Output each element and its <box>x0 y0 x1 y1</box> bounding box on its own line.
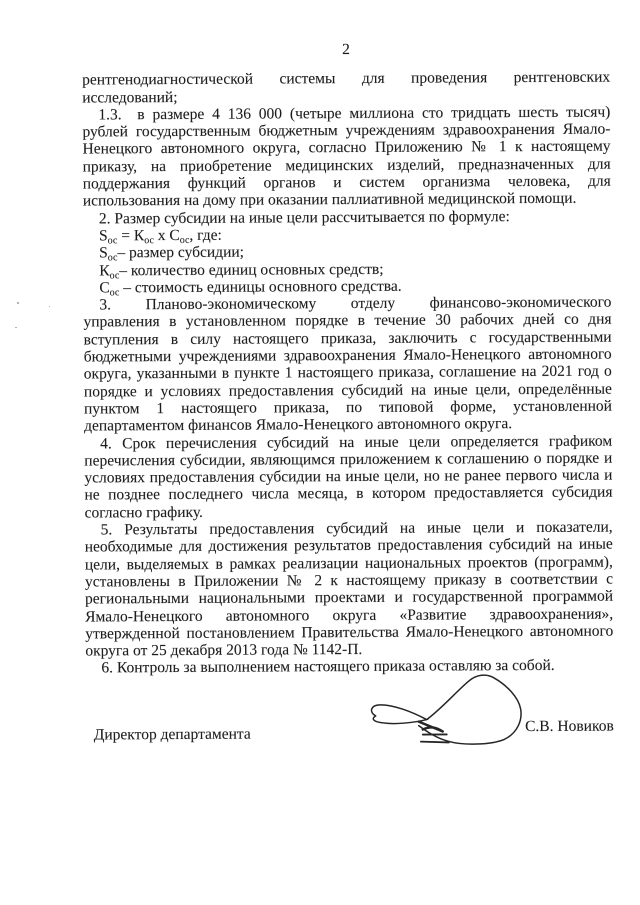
text-line: рентгенодиагностической системы для пров… <box>82 69 610 89</box>
formula-text: – количество единиц основных средств; <box>119 260 383 278</box>
scan-speck <box>49 306 50 307</box>
formula-text: S <box>99 227 108 244</box>
formula-text: – размер субсидии; <box>117 244 244 262</box>
signature-scribble <box>366 671 538 752</box>
formula-text: – стоимость единицы основного средства. <box>119 278 401 297</box>
formula-text: х С <box>154 227 180 244</box>
signature-name: С.В. Новиков <box>525 718 614 736</box>
formula-text: С <box>99 279 109 296</box>
text-line: региональными национальными проектами и … <box>85 588 613 608</box>
scan-speck <box>17 302 19 304</box>
formula-text: = К <box>117 227 144 244</box>
text-line: использования на дому при оказании палли… <box>83 190 611 210</box>
text-line: не позднее последнего числа месяца, в ко… <box>84 484 612 504</box>
signature-position-label: Директор департамента <box>94 726 251 744</box>
page-number: 2 <box>82 40 610 60</box>
formula-text: К <box>99 262 109 279</box>
text-line: утвержденной постановлением Правительств… <box>85 622 613 642</box>
scan-speck <box>15 327 17 328</box>
formula-text: , где: <box>189 227 222 244</box>
formula-text: S <box>99 245 108 262</box>
document-lines: рентгенодиагностической системы для пров… <box>82 69 613 677</box>
text-line: пунктом 1 настоящего приказа, по типовой… <box>84 397 612 417</box>
document-sheet: 2 рентгенодиагностической системы для пр… <box>82 40 615 873</box>
scanned-document-page: 2 рентгенодиагностической системы для пр… <box>0 0 640 905</box>
